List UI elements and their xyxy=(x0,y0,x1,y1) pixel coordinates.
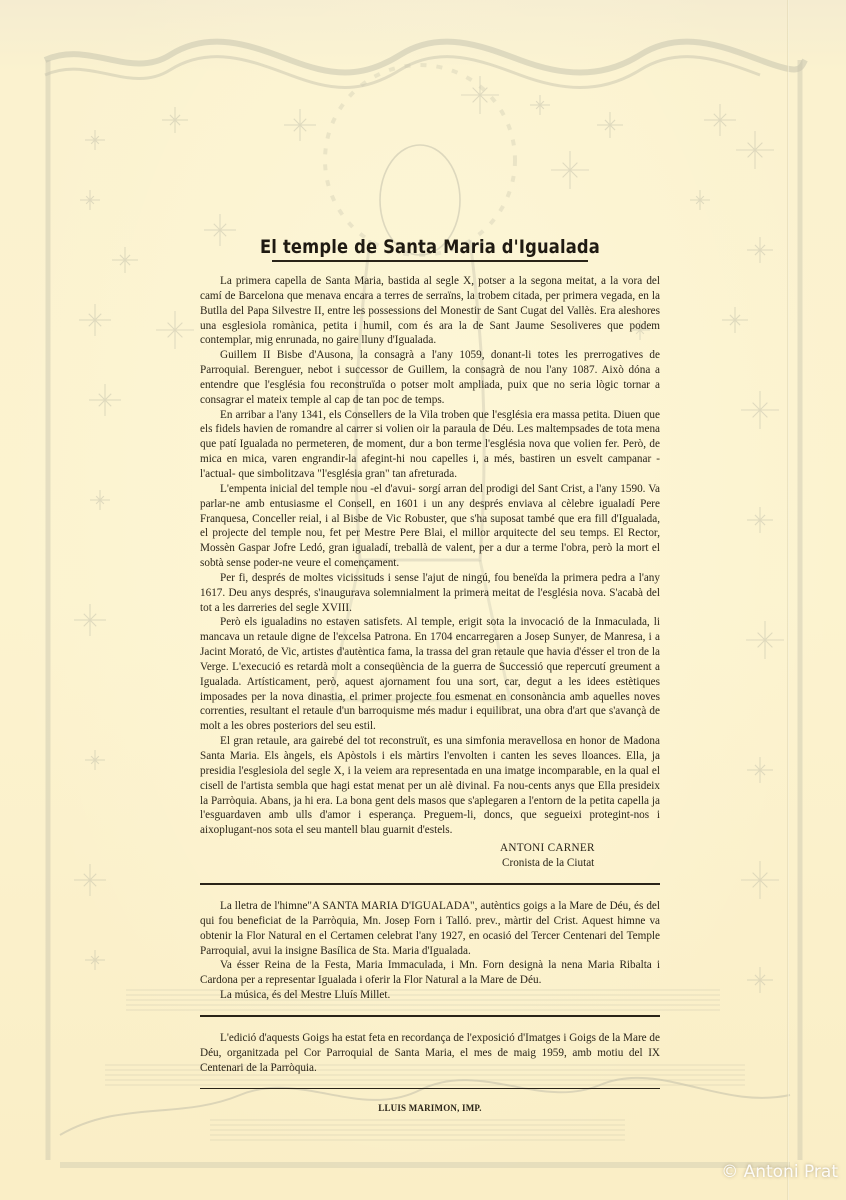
author-signature: ANTONI CARNER Cronista de la Ciutat xyxy=(200,841,660,871)
page-title: El temple de Santa Maria d'Igualada xyxy=(232,236,628,258)
title-underline xyxy=(272,260,588,262)
paragraph: Per fi, després de moltes vicissituds i … xyxy=(200,571,660,616)
author-name: ANTONI CARNER xyxy=(500,841,660,856)
paragraph: El gran retaule, ara gairebé del tot rec… xyxy=(200,734,660,838)
hymn-note: La lletra de l'himne"A SANTA MARIA D'IGU… xyxy=(200,899,660,1003)
paragraph: La primera capella de Santa Maria, basti… xyxy=(200,274,660,348)
paragraph: L'edició d'aquests Goigs ha estat feta e… xyxy=(200,1031,660,1076)
author-role: Cronista de la Ciutat xyxy=(500,856,660,871)
copyright-watermark: © Antoni Prat xyxy=(721,1162,838,1182)
paragraph: Va ésser Reina de la Festa, Maria Immacu… xyxy=(200,958,660,988)
paragraph: L'empenta inicial del temple nou -el d'a… xyxy=(200,482,660,571)
article-text: La primera capella de Santa Maria, basti… xyxy=(200,274,660,838)
paragraph: Guillem II Bisbe d'Ausona, la consagrà a… xyxy=(200,348,660,407)
edition-note: L'edició d'aquests Goigs ha estat feta e… xyxy=(200,1031,660,1076)
section-divider xyxy=(200,1088,660,1090)
paper-fold-line xyxy=(787,0,789,1200)
paragraph: En arribar a l'any 1341, els Consellers … xyxy=(200,408,660,482)
paragraph: La lletra de l'himne"A SANTA MARIA D'IGU… xyxy=(200,899,660,958)
paragraph: Però els igualadins no estaven satisfets… xyxy=(200,615,660,734)
printer-credit: LLUIS MARIMON, IMP. xyxy=(200,1103,660,1113)
document-body: El temple de Santa Maria d'Igualada La p… xyxy=(200,236,660,1113)
section-divider xyxy=(200,1015,660,1017)
section-divider xyxy=(200,883,660,885)
paragraph: La música, és del Mestre Lluís Millet. xyxy=(200,988,660,1003)
